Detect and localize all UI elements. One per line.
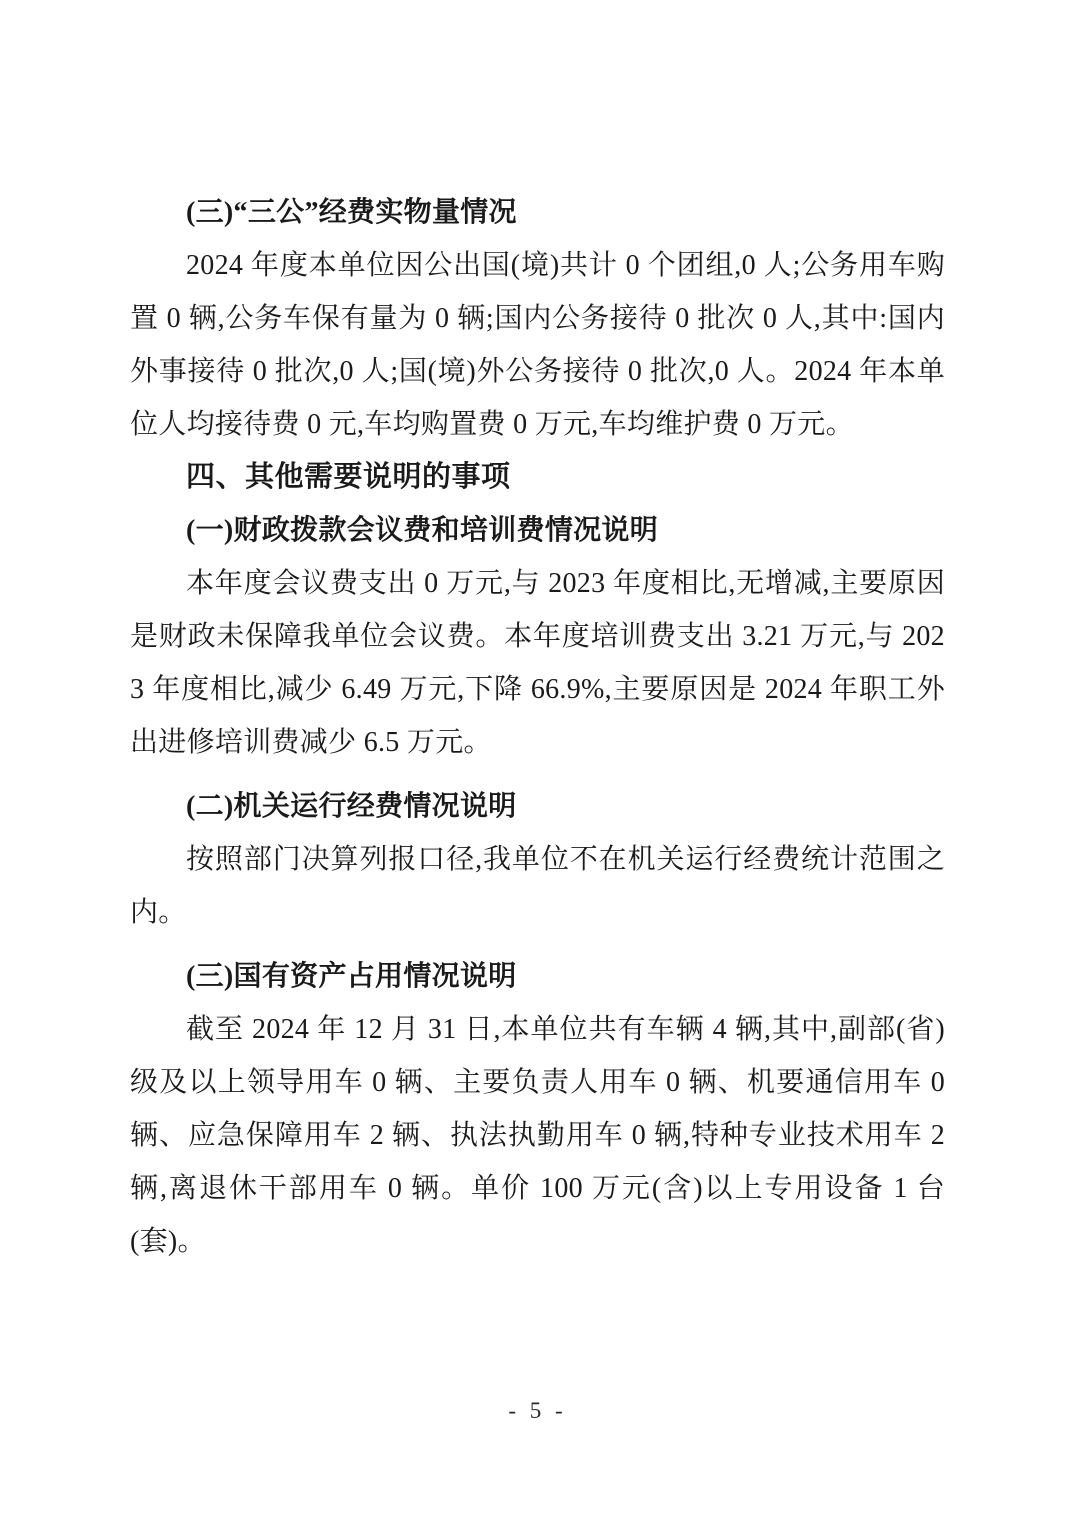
para-operating-expense: 按照部门决算列报口径,我单位不在机关运行经费统计范围之内。: [130, 833, 945, 939]
para-state-assets-occupancy: 截至 2024 年 12 月 31 日,本单位共有车辆 4 辆,其中,副部(省)…: [130, 1003, 945, 1268]
heading-meeting-training-fee: (一)财政拨款会议费和培训费情况说明: [130, 504, 945, 557]
para-meeting-training-fee: 本年度会议费支出 0 万元,与 2023 年度相比,无增减,主要原因是财政未保障…: [130, 557, 945, 769]
page-number: - 5 -: [508, 1398, 566, 1423]
heading-operating-expense: (二)机关运行经费情况说明: [130, 780, 945, 833]
heading-sangong-physical-quantity: (三)“三公”经费实物量情况: [130, 186, 945, 239]
heading-state-assets-occupancy: (三)国有资产占用情况说明: [130, 950, 945, 1003]
page-footer: - 5 -: [0, 1398, 1075, 1424]
para-sangong-physical-quantity: 2024 年度本单位因公出国(境)共计 0 个团组,0 人;公务用车购置 0 辆…: [130, 239, 945, 451]
heading-other-items: 四、其他需要说明的事项: [130, 451, 945, 504]
document-content: (三)“三公”经费实物量情况 2024 年度本单位因公出国(境)共计 0 个团组…: [130, 186, 945, 1268]
document-page: (三)“三公”经费实物量情况 2024 年度本单位因公出国(境)共计 0 个团组…: [0, 0, 1075, 1520]
